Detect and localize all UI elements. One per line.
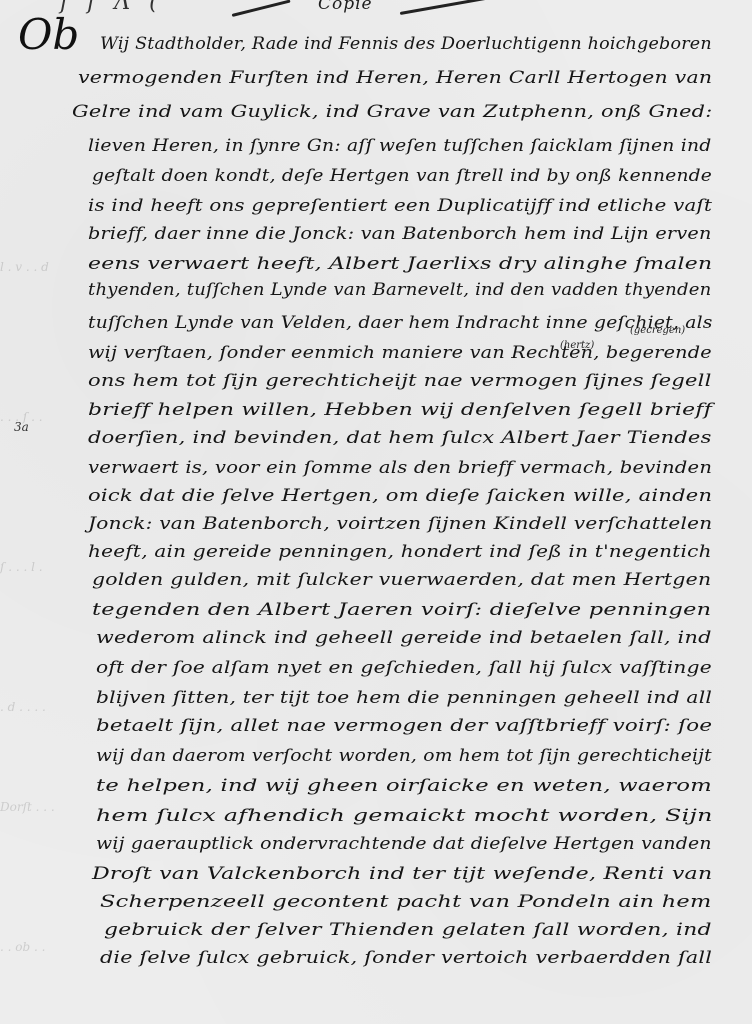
text-line: wederom alinck ind geheell gereide ind b… [96,628,712,648]
text-line: brieff helpen willen, Hebben wij denſelv… [88,400,712,420]
text-line: ons hem tot ſijn gerechticheijt nae verm… [88,371,712,391]
text-line: Jonck: van Batenborch, voirtzen ſijnen K… [88,514,712,534]
text-line: blijven ſitten, ter tijt toe hem die pen… [96,688,712,708]
text-line: wij verſtaen, ſonder eenmich maniere van… [88,343,712,363]
text-line: Droſt van Valckenborch ind ter tijt weſe… [92,864,712,884]
heading-flourish-left [232,0,291,17]
text-line: eens verwaert heeft, Albert Jaerlixs dry… [88,254,712,274]
text-line: golden gulden, mit ſulcker vuerwaerden, … [92,570,711,590]
text-line: gebruick der ſelver Thienden gelaten ſal… [104,920,712,940]
text-line: hem ſulcx afhendich gemaickt mocht worde… [96,806,713,826]
text-line: Wij Stadtholder, Rade ind Fennis des Doe… [100,34,712,54]
bleed-through-text: . d . . . . [0,700,110,714]
text-line: tuſſchen Lynde van Velden, daer hem Indr… [88,313,713,333]
text-line: lieven Heren, in ſynre Gn: aſſ weſen tuſ… [88,136,711,156]
manuscript-page: l . v . . d . . . ſ . . ſ . . . l . . d … [0,0,752,1024]
heading-flourish-right [400,0,489,15]
text-line: thyenden, tuſſchen Lynde van Barnevelt, … [88,280,711,300]
text-line: tegenden den Albert Jaeren voirſ: dieſel… [92,600,711,620]
text-line: Gelre ind vam Guylick, ind Grave van Zut… [72,102,713,122]
text-line: geſtalt doen kondt, deſe Hertgen van ſtr… [92,166,712,186]
bleed-through-text: Dorſt . . . [0,800,110,814]
margin-note: 3a [14,420,29,434]
text-line: Scherpenzeell gecontent pacht van Pondel… [100,892,712,912]
document-heading: Copie [318,0,373,14]
text-line: wij gaerauptlick ondervrachtende dat die… [96,834,712,854]
text-line: doerſien, ind bevinden, dat hem ſulcx Al… [88,428,712,448]
text-line: die ſelve ſulcx gebruick, ſonder vertoic… [100,948,712,968]
decorative-initial: Ob [18,14,79,56]
text-line: oft der ſoe alſam nyet en geſchieden, ſa… [96,658,712,678]
text-line: brieff, daer inne die Jonck: van Batenbo… [88,224,712,244]
bleed-through-text: . . ob . . [0,940,110,954]
text-line: te helpen, ind wij gheen oirſaicke en we… [96,776,712,796]
text-line: betaelt ſijn, allet nae vermogen der vaſ… [96,716,712,736]
text-line: vermogenden Furſten ind Heren, Heren Car… [78,68,712,88]
text-line: wij dan daerom verſocht worden, om hem t… [96,746,712,766]
text-line: oick dat die ſelve Hertgen, om dieſe ſai… [88,486,712,506]
text-line: is ind heeft ons gepreſentiert een Dupli… [88,196,712,216]
text-line: verwaert is, voor ein ſomme als den brie… [88,458,712,478]
text-line: heeft, ain gereide penningen, hondert in… [88,542,712,562]
